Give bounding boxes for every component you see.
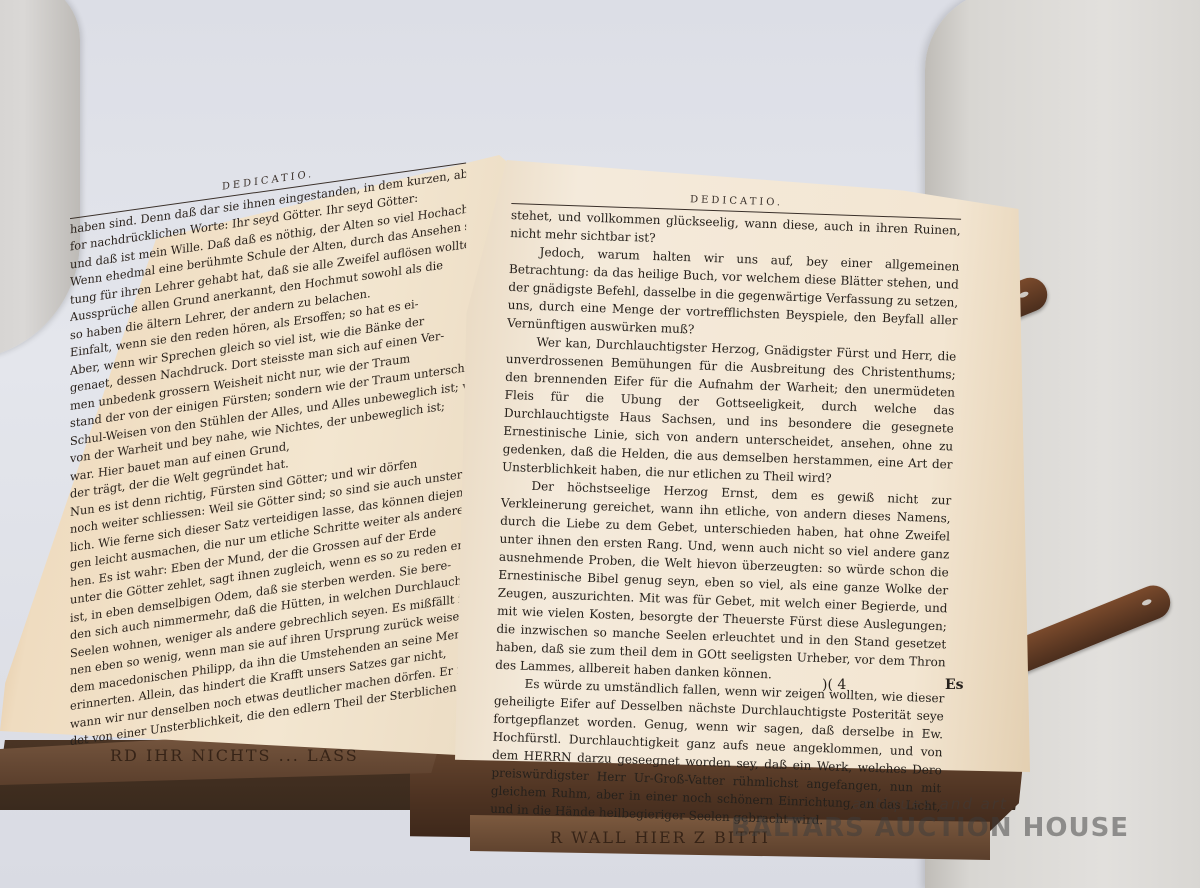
paragraph: Jedoch, warum halten wir uns auf, bey ei… [507,242,960,348]
spine-label-bottom: R WALL HIER Z BITTI [550,828,770,847]
paragraph: Es würde zu umständlich fallen, wenn wir… [490,674,945,834]
left-page-text: DEDICATIO. haben sind. Denn daß dar sie … [70,144,466,751]
paragraph: Wer kan, Durchlauchtigster Herzog, Gnädi… [502,332,957,492]
photo-scene: RD IHR NICHTS ... LASS R WALL HIER Z BIT… [0,0,1200,888]
left-cushion [0,0,80,360]
signature-mark: )( 4 [822,677,846,693]
catchword: Es [945,677,964,693]
left-page-lines: haben sind. Denn daß dar sie ihnen einge… [70,165,466,751]
spine-label-left: RD IHR NICHTS ... LASS [110,746,359,765]
right-page-text: DEDICATIO. stehet, und vollkommen glücks… [490,185,962,833]
paragraph: Der höchstseelige Herzog Ernst, dem es g… [495,476,952,690]
